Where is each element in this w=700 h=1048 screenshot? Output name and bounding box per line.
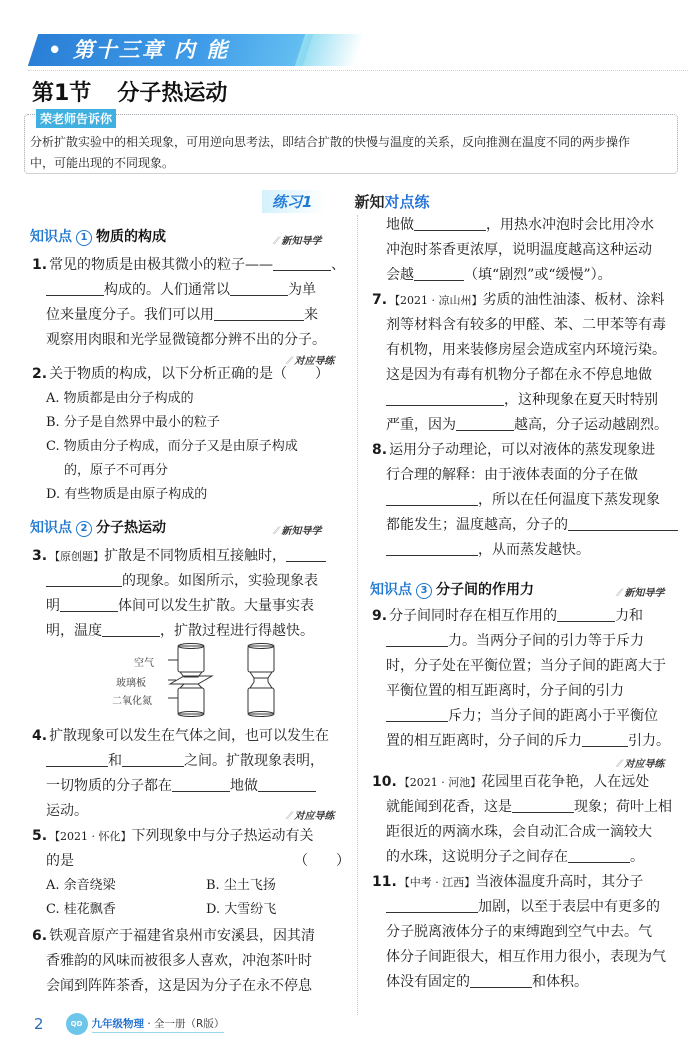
question-text: （填“剧烈”或“缓慢”）。 <box>464 267 612 283</box>
option-a[interactable]: A. 物质都是由分子构成的 <box>32 387 329 411</box>
option-a[interactable]: A. 余音绕梁 <box>46 874 206 898</box>
figure-label-glass-plate: 玻璃板 <box>116 674 146 689</box>
answer-blank[interactable] <box>386 392 504 406</box>
question-text: 地做 <box>230 778 258 794</box>
question-text: 下列现象中与分子热运动有关 <box>132 828 314 844</box>
question-text: 地做 <box>386 217 414 233</box>
question-text: 之间。扩散现象表明， <box>184 753 324 769</box>
question-text: 这是因为有毒有机物分子都在永不停息地做 <box>386 367 652 383</box>
kp-number: 2 <box>76 521 92 537</box>
answer-blank[interactable] <box>386 708 448 722</box>
question-text: ，用热水冲泡时会比用冷水 <box>486 217 654 233</box>
option-c[interactable]: C. 物质由分子构成，而分子又是由原子构成 <box>32 435 329 459</box>
question-text: 花园里百花争艳，人在远处 <box>481 774 649 790</box>
question-number: 5. <box>32 828 47 844</box>
tag-practice-guide: 对应导练 <box>618 755 664 770</box>
question-7: 7.【2021 · 凉山州】劣质的油性油漆、板材、涂料 剂等材料含有较多的甲醛、… <box>372 288 668 438</box>
question-source: 【2021 · 凉山州】 <box>389 294 482 307</box>
book-title-main: 九年级物理 <box>92 1018 145 1030</box>
tag-practice-guide: 对应导练 <box>288 807 334 822</box>
answer-blank[interactable] <box>46 753 108 767</box>
question-9: 9.分子间同时存在相互作用的力和 力。当两分子间的引力等于斥力 时，分子处在平衡… <box>372 604 670 754</box>
option-c[interactable]: C. 桂花飘香 <box>46 898 206 922</box>
question-text: 现象；荷叶上相 <box>574 799 672 815</box>
question-text: 明，温度 <box>46 623 102 639</box>
answer-blank[interactable] <box>386 542 478 556</box>
tip-label: 荣老师告诉你 <box>36 109 116 128</box>
question-10: 10.【2021 · 河池】花园里百花争艳，人在远处 就能闻到花香，这是现象；荷… <box>372 770 672 870</box>
book-logo-icon: QD <box>66 1013 88 1035</box>
question-text: 距很近的两滴水珠，会自动汇合成一滴较大 <box>386 824 652 840</box>
answer-blank[interactable] <box>230 282 288 296</box>
answer-blank[interactable] <box>46 282 104 296</box>
question-text: 置的相互距离时，分子间的斥力 <box>386 733 582 749</box>
question-number: 3. <box>32 548 47 564</box>
kp-number: 3 <box>416 583 432 599</box>
section-number: 第1节 <box>32 81 91 106</box>
question-2: 2.关于物质的构成，以下分析正确的是（ ） A. 物质都是由分子构成的 B. 分… <box>32 362 329 507</box>
diffusion-experiment-figure: 空气 玻璃板 二氧化氮 <box>110 640 310 720</box>
knowledge-point-1: 知识点1物质的构成 <box>30 226 166 246</box>
answer-blank[interactable] <box>46 573 122 587</box>
question-text: 位来量度分子。我们可以用 <box>46 307 214 323</box>
kp-prefix: 知识点 <box>30 520 72 536</box>
kp-number: 1 <box>76 230 92 246</box>
question-text: 会越 <box>386 267 414 283</box>
question-text: 力。当两分子间的引力等于斥力 <box>448 633 644 649</box>
practice-header: 练习1 新知对点练 <box>262 190 429 213</box>
question-number: 7. <box>372 292 387 308</box>
question-text: 有机物，用来装修房屋会造成室内环境污染。 <box>386 342 666 358</box>
question-number: 4. <box>32 728 47 744</box>
answer-blank[interactable] <box>470 974 532 988</box>
question-text: 和体积。 <box>532 974 588 990</box>
question-text: 时，分子处在平衡位置；当分子间的距离大于 <box>386 658 666 674</box>
answer-blank[interactable] <box>286 548 326 562</box>
answer-blank[interactable] <box>102 623 160 637</box>
page-footer: 2 QD 九年级物理 · 全一册（R版） <box>34 1013 224 1035</box>
question-text: ，扩散过程进行得越快。 <box>160 623 314 639</box>
question-source: 【2021 · 河池】 <box>399 776 481 789</box>
tag-new-knowledge: 新知导学 <box>275 522 321 537</box>
question-text: ，所以在任何温度下蒸发现象 <box>478 492 660 508</box>
question-text: 都能发生；温度越高，分子的 <box>386 517 568 533</box>
answer-blank[interactable] <box>60 598 118 612</box>
question-11: 11.【中考 · 江西】当液体温度升高时，其分子 加剧，以至于表层中有更多的 分… <box>372 870 666 995</box>
question-text: 严重，因为 <box>386 417 456 433</box>
question-text: 。 <box>630 849 644 865</box>
question-8: 8.运用分子动理论，可以对液体的蒸发现象进 行合理的解释：由于液体表面的分子在做… <box>372 438 678 563</box>
tip-line: 分析扩散实验中的相关现象，可用逆向思考法，即结合扩散的快慢与温度的关系，反向推测… <box>30 132 670 153</box>
figure-label-no2: 二氧化氮 <box>112 692 152 707</box>
divider <box>28 70 688 71</box>
option-c-continued: 的，原子不可再分 <box>32 459 329 483</box>
answer-blank[interactable] <box>557 608 615 622</box>
section-title: 第1节分子热运动 <box>32 76 253 107</box>
question-number: 11. <box>372 874 397 890</box>
question-4: 4.扩散现象可以发生在气体之间，也可以发生在 和之间。扩散现象表明， 一切物质的… <box>32 724 329 824</box>
answer-blank[interactable] <box>386 633 448 647</box>
chapter-banner-decoration <box>295 34 365 66</box>
question-source: 【中考 · 江西】 <box>399 876 476 889</box>
question-text: 一切物质的分子都在 <box>46 778 172 794</box>
book-title-meta: · 全一册（R版） <box>144 1018 224 1030</box>
question-text: 力和 <box>615 608 643 624</box>
options-grid: A. 余音绕梁 B. 尘土飞扬 C. 桂花飘香 D. 大雪纷飞 <box>32 874 366 922</box>
kp-prefix: 知识点 <box>30 229 72 245</box>
question-text: 引力。 <box>628 733 670 749</box>
question-text: 体间可以发生扩散。大量事实表 <box>118 598 314 614</box>
question-text: 行合理的解释：由于液体表面的分子在做 <box>386 467 638 483</box>
question-source: 【原创题】 <box>49 550 104 563</box>
question-text: 为单 <box>288 282 316 298</box>
question-text: 关于物质的构成，以下分析正确的是（ ） <box>49 366 329 382</box>
question-number: 8. <box>372 442 387 458</box>
question-text: 体分子间距很大，相互作用力很小，表现为气 <box>386 949 666 965</box>
question-5: 5.【2021 · 怀化】下列现象中与分子热运动有关 的是（ ） A. 余音绕梁… <box>32 824 366 922</box>
knowledge-point-2: 知识点2分子热运动 <box>30 517 166 537</box>
answer-blank[interactable] <box>512 799 574 813</box>
question-text: 观察用肉眼和光学显微镜都分辨不出的分子。 <box>46 332 326 348</box>
chapter-title: • 第十三章 内 能 <box>48 36 229 64</box>
page-number: 2 <box>34 1015 44 1033</box>
question-text: 加剧，以至于表层中有更多的 <box>478 899 660 915</box>
practice-subtitle-plain: 新知 <box>354 193 384 211</box>
answer-blank[interactable] <box>273 257 331 271</box>
question-1: 1.常见的物质是由极其微小的粒子——、 构成的。人们通常以为单 位来量度分子。我… <box>32 253 345 353</box>
answer-blank[interactable] <box>172 778 230 792</box>
question-text: 扩散现象可以发生在气体之间，也可以发生在 <box>49 728 329 744</box>
question-text: 冲泡时茶香更浓厚，说明温度越高这种运动 <box>386 242 652 258</box>
question-text: 分子间同时存在相互作用的 <box>389 608 557 624</box>
question-6-continued: 地做，用热水冲泡时会比用冷水 冲泡时茶香更浓厚，说明温度越高这种运动 会越（填“… <box>372 213 654 288</box>
question-source: 【2021 · 怀化】 <box>49 830 131 843</box>
question-text: 的水珠，这说明分子之间存在 <box>386 849 568 865</box>
question-number: 10. <box>372 774 397 790</box>
question-3: 3.【原创题】扩散是不同物质相互接触时， 的现象。如图所示，实验现象表 明体间可… <box>32 544 326 644</box>
option-b[interactable]: B. 分子是自然界中最小的粒子 <box>32 411 329 435</box>
kp-name: 分子热运动 <box>96 520 166 536</box>
question-number: 6. <box>32 928 47 944</box>
book-title: 九年级物理 · 全一册（R版） <box>92 1016 225 1033</box>
kp-prefix: 知识点 <box>370 582 412 598</box>
question-text: 扩散是不同物质相互接触时， <box>104 548 286 564</box>
answer-blank[interactable] <box>414 217 486 231</box>
option-d[interactable]: D. 有些物质是由原子构成的 <box>32 483 329 507</box>
question-text: 构成的。人们通常以 <box>104 282 230 298</box>
question-text: 明 <box>46 598 60 614</box>
question-text: 常见的物质是由极其微小的粒子—— <box>49 257 273 273</box>
practice-subtitle: 新知对点练 <box>354 191 429 212</box>
question-text: ，从而蒸发越快。 <box>478 542 590 558</box>
answer-blank[interactable] <box>414 267 464 281</box>
tip-text: 分析扩散实验中的相关现象，可用逆向思考法，即结合扩散的快慢与温度的关系，反向推测… <box>30 132 670 174</box>
question-text: 的现象。如图所示，实验现象表 <box>122 573 318 589</box>
tag-new-knowledge: 新知导学 <box>618 584 664 599</box>
question-text: 当液体温度升高时，其分子 <box>475 874 643 890</box>
question-number: 2. <box>32 366 47 382</box>
question-text: 就能闻到花香，这是 <box>386 799 512 815</box>
question-text: 体没有固定的 <box>386 974 470 990</box>
answer-paren[interactable]: （ ） <box>294 849 350 874</box>
question-text: 、 <box>331 257 345 273</box>
tip-line: 中，可能出现的不同现象。 <box>30 153 670 174</box>
question-6: 6.铁观音原产于福建省泉州市安溪县，因其清 香雅韵的风味而被很多人喜欢，冲泡茶叶… <box>32 924 315 999</box>
question-text: 斥力；当分子间的距离小于平衡位 <box>448 708 658 724</box>
question-text: 运用分子动理论，可以对液体的蒸发现象进 <box>389 442 655 458</box>
question-text: 铁观音原产于福建省泉州市安溪县，因其清 <box>49 928 315 944</box>
answer-blank[interactable] <box>386 899 478 913</box>
option-b[interactable]: B. 尘土飞扬 <box>206 874 366 898</box>
answer-blank[interactable] <box>456 417 514 431</box>
answer-blank[interactable] <box>568 849 630 863</box>
answer-blank[interactable] <box>214 307 304 321</box>
question-text: 和 <box>108 753 122 769</box>
answer-blank[interactable] <box>258 778 316 792</box>
answer-blank[interactable] <box>582 733 628 747</box>
answer-blank[interactable] <box>122 753 184 767</box>
kp-name: 分子间的作用力 <box>436 582 534 598</box>
tag-new-knowledge: 新知导学 <box>275 232 321 247</box>
question-text: 来 <box>304 307 318 323</box>
question-text: 分子脱离液体分子的束缚跑到空气中去。气 <box>386 924 652 940</box>
figure-label-air: 空气 <box>134 654 154 669</box>
kp-name: 物质的构成 <box>96 229 166 245</box>
question-number: 9. <box>372 608 387 624</box>
question-text: 运动。 <box>46 803 88 819</box>
answer-blank[interactable] <box>386 492 478 506</box>
question-text: 的是 <box>46 849 74 874</box>
section-name: 分子热运动 <box>117 81 227 106</box>
question-text: 剂等材料含有较多的甲醛、苯、二甲苯等有毒 <box>386 317 666 333</box>
question-number: 1. <box>32 257 47 273</box>
answer-blank[interactable] <box>568 517 678 531</box>
question-text: 越高，分子运动越剧烈。 <box>514 417 668 433</box>
practice-subtitle-accent: 对点练 <box>384 193 429 211</box>
question-text: 会闻到阵阵茶香，这是因为分子在永不停息 <box>46 978 312 994</box>
question-text: 平衡位置的相互距离时，分子间的引力 <box>386 683 624 699</box>
knowledge-point-3: 知识点3分子间的作用力 <box>370 579 534 599</box>
option-d[interactable]: D. 大雪纷飞 <box>206 898 366 922</box>
question-text: 香雅韵的风味而被很多人喜欢，冲泡茶叶时 <box>46 953 312 969</box>
question-text: ，这种现象在夏天时特别 <box>504 392 658 408</box>
practice-tag: 练习1 <box>262 190 326 213</box>
question-text: 劣质的油性油漆、板材、涂料 <box>483 292 665 308</box>
